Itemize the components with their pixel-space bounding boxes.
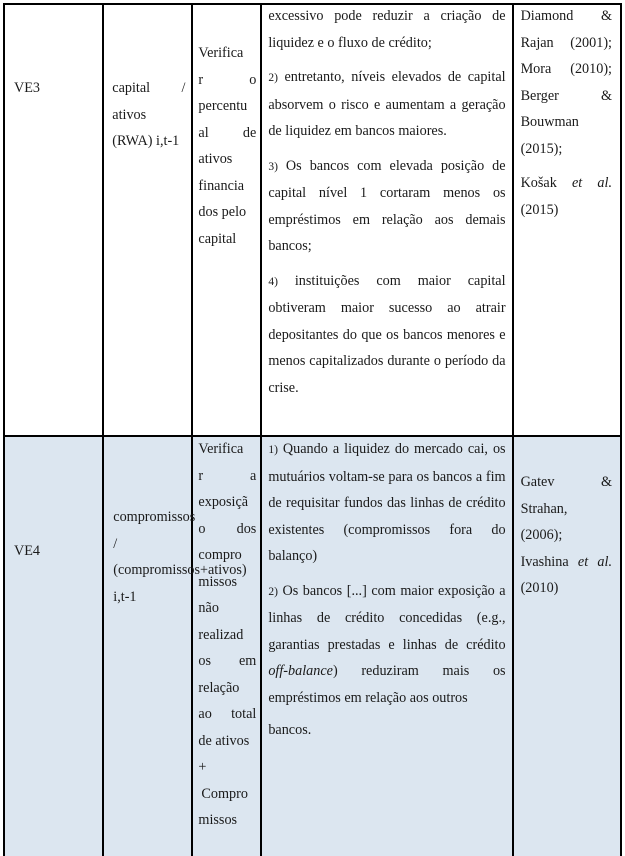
- variable-id: VE3: [14, 75, 40, 102]
- reference-item: Gatev & Strahan, (2006);: [521, 469, 612, 549]
- finding-item: 4) instituições com maior capital obtive…: [268, 268, 505, 402]
- references-cell: Gatev & Strahan, (2006); Ivashina et al.…: [513, 436, 621, 856]
- description-cell: Verifica r o percentu al de ativos finan…: [192, 4, 261, 436]
- variable-description: Verifica r a exposiçã o dos compro misso…: [198, 436, 256, 834]
- literature-variables-table: VE3 capital / ativos (RWA) i,t-1 Verific…: [3, 3, 622, 856]
- reference-item: Košak et al. (2015): [521, 170, 612, 223]
- findings-cell: 1) Quando a liquidez do mercado cai, os …: [261, 436, 512, 856]
- references-text: Gatev & Strahan, (2006); Ivashina et al.…: [521, 469, 612, 610]
- findings-text: 1) Quando a liquidez do mercado cai, os …: [268, 436, 505, 752]
- variable-description: Verifica r o percentu al de ativos finan…: [198, 40, 256, 252]
- references-text: Diamond & Rajan (2001); Mora (2010); Ber…: [521, 3, 612, 231]
- variable-formula: capital / ativos (RWA) i,t-1: [112, 75, 185, 155]
- formula-cell: compromissos / (compromissos+ativos) i,t…: [103, 436, 192, 856]
- findings-text: excessivo pode reduzir a criação de liqu…: [268, 3, 505, 409]
- findings-cell: excessivo pode reduzir a criação de liqu…: [261, 4, 512, 436]
- variable-id-cell: VE4: [4, 436, 103, 856]
- table-row: VE3 capital / ativos (RWA) i,t-1 Verific…: [4, 4, 621, 436]
- finding-item-tail: bancos.: [268, 717, 505, 744]
- references-cell: Diamond & Rajan (2001); Mora (2010); Ber…: [513, 4, 621, 436]
- reference-item: Diamond & Rajan (2001); Mora (2010); Ber…: [521, 3, 612, 162]
- variable-id-cell: VE3: [4, 4, 103, 436]
- variable-id: VE4: [14, 538, 40, 565]
- table-row: VE4 compromissos / (compromissos+ativos)…: [4, 436, 621, 856]
- finding-item: 2) Os bancos [...] com maior exposição a…: [268, 578, 505, 712]
- finding-item: 1) Quando a liquidez do mercado cai, os …: [268, 436, 505, 570]
- variable-formula: compromissos / (compromissos+ativos) i,t…: [113, 504, 185, 610]
- formula-cell: capital / ativos (RWA) i,t-1: [103, 4, 192, 436]
- finding-item: 2) entretanto, níveis elevados de capita…: [268, 64, 505, 145]
- description-cell: Verifica r a exposiçã o dos compro misso…: [192, 436, 261, 856]
- finding-item: excessivo pode reduzir a criação de liqu…: [268, 3, 505, 56]
- reference-item: Ivashina et al. (2010): [521, 549, 612, 602]
- finding-item: 3) Os bancos com elevada posição de capi…: [268, 153, 505, 260]
